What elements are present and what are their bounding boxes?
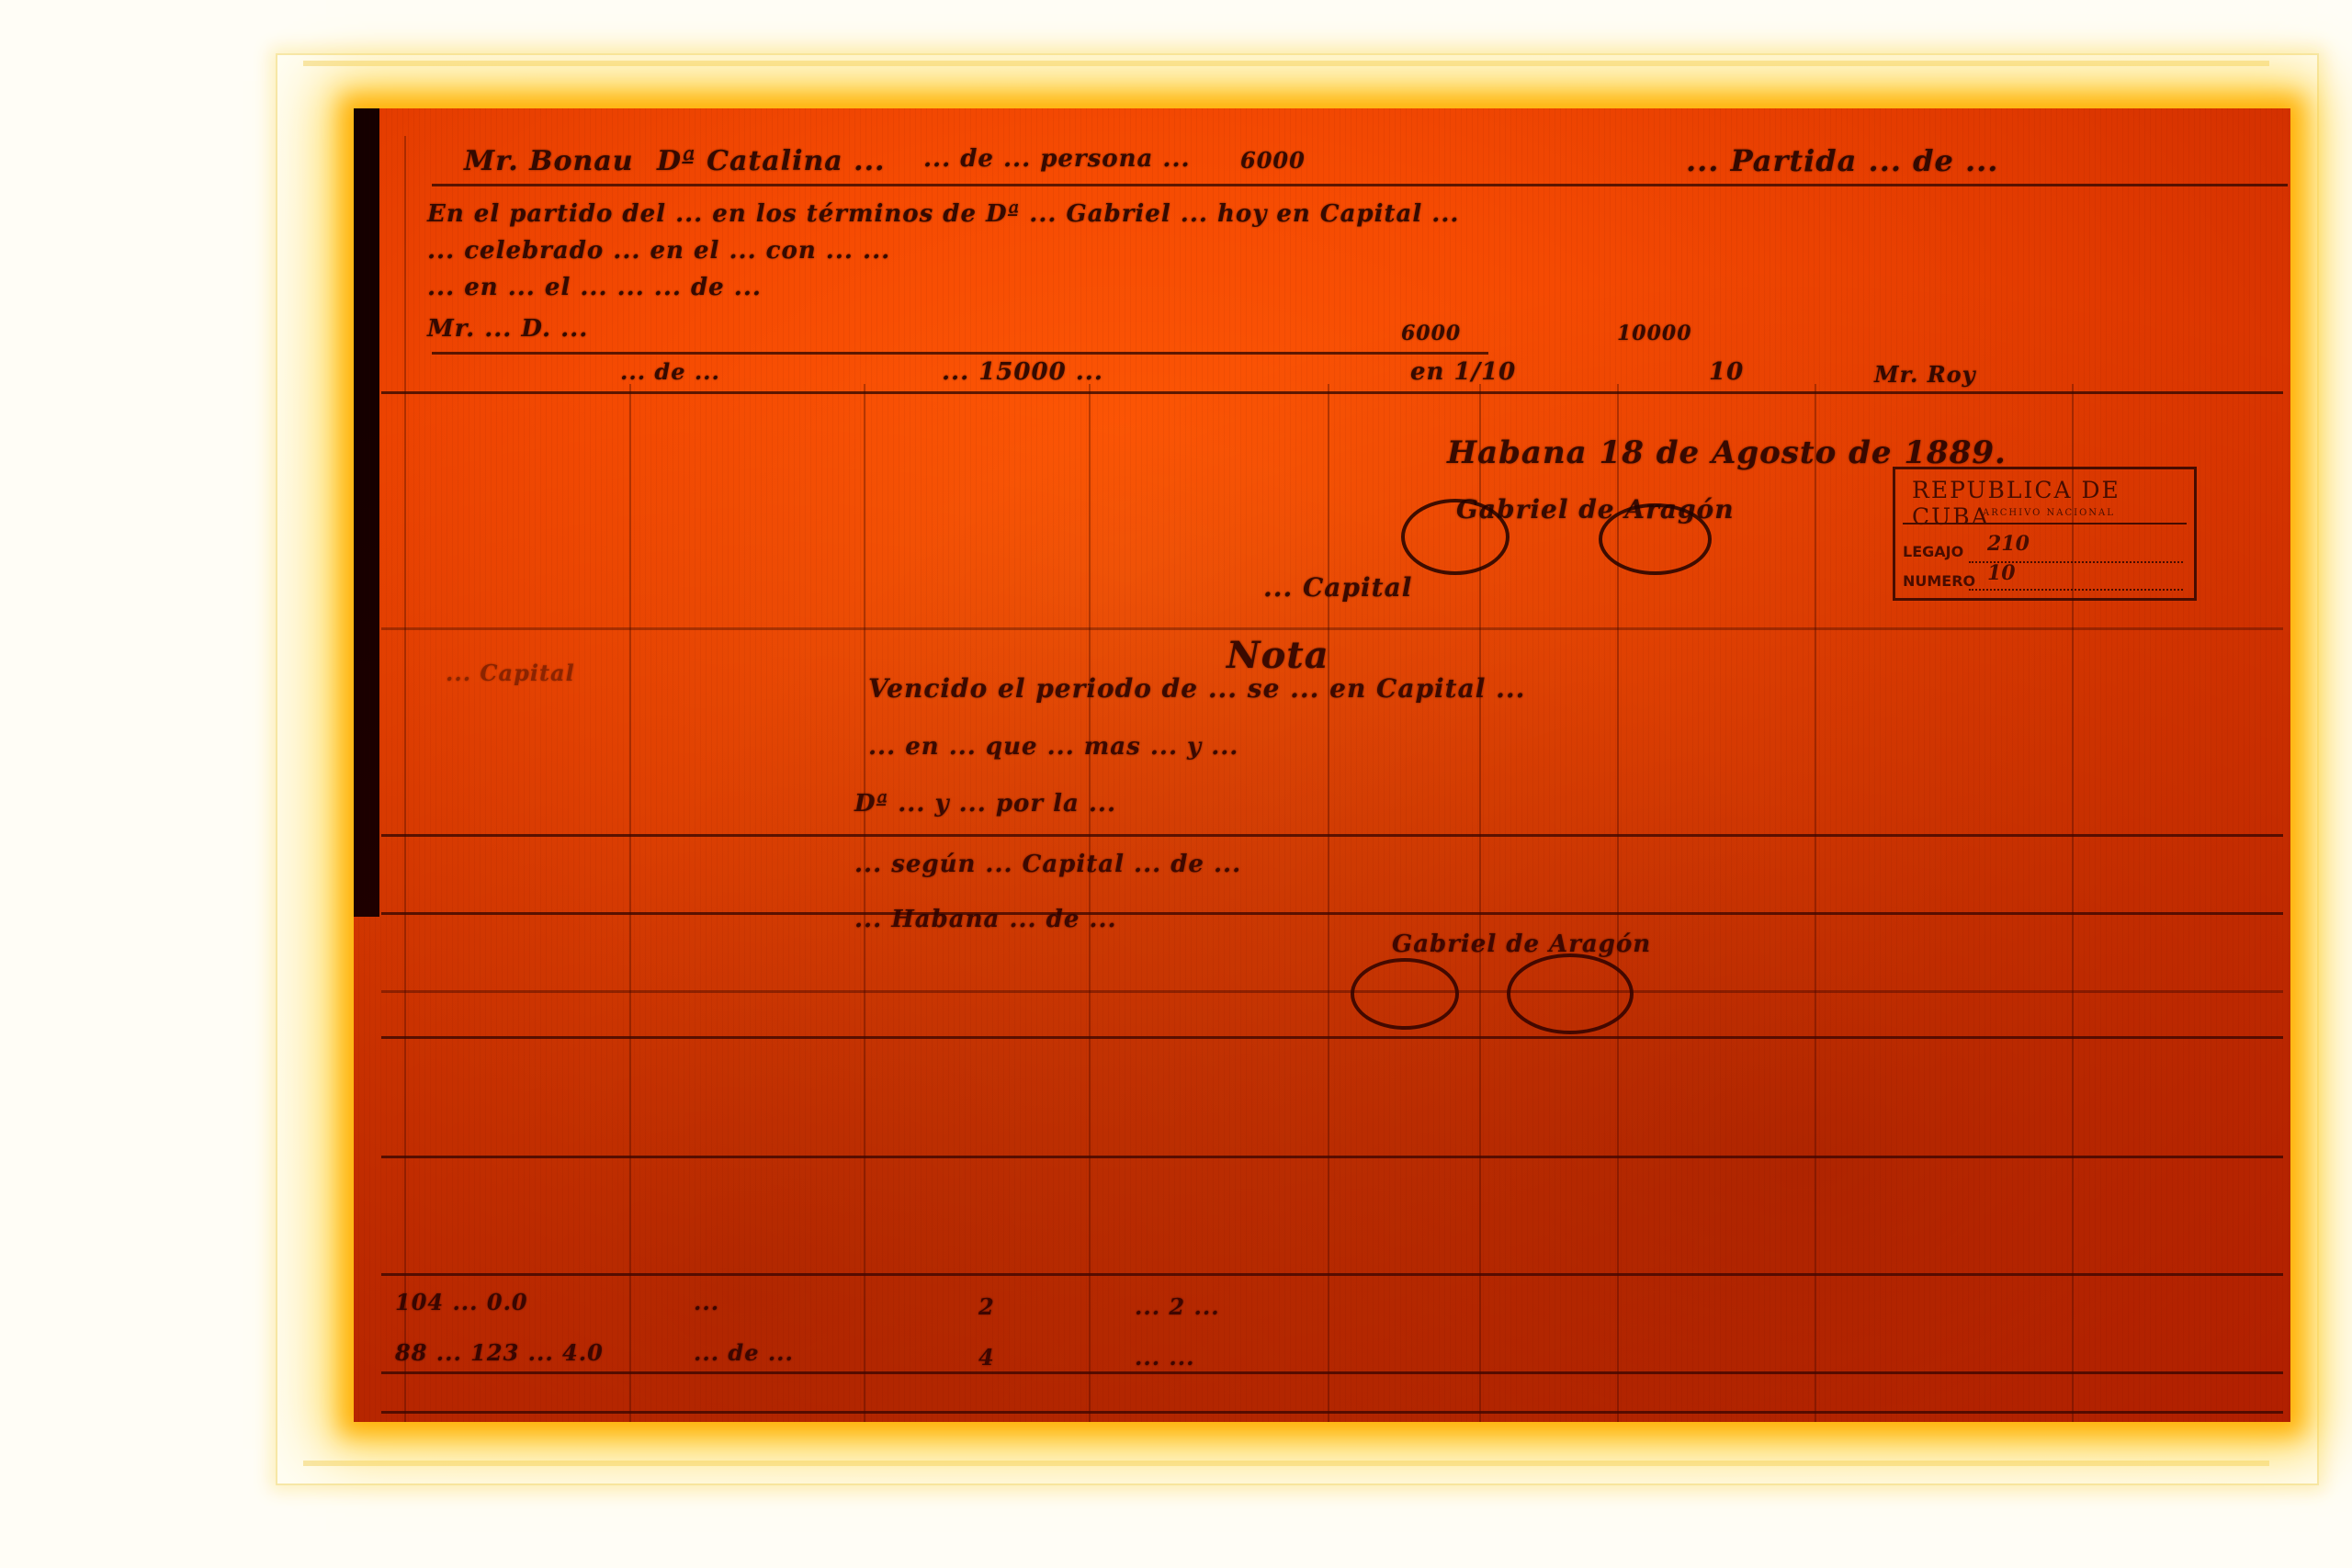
row2-number-1: 6000 — [1401, 321, 1461, 345]
bottom-row-2-num: 4 — [978, 1344, 995, 1371]
rule-line — [381, 627, 2283, 630]
column-line — [1328, 384, 1329, 1422]
header-name-2: Dª Catalina ... — [657, 145, 886, 177]
rule-line — [381, 1036, 2283, 1039]
header-detail: ... de ... persona ... — [923, 145, 1191, 173]
left-label: ... Capital — [446, 660, 575, 686]
row2-names: Mr. ... D. ... — [427, 315, 588, 343]
rule-line — [381, 1273, 2283, 1276]
nota-signature-flourish — [1351, 958, 1459, 1030]
rule-line — [432, 184, 2288, 186]
nota-line-3: Dª ... y ... por la ... — [854, 790, 1116, 818]
archive-stamp: REPUBLICA DE CUBA ARCHIVO NACIONAL LEGAJ… — [1893, 467, 2197, 601]
intro-line-2: ... celebrado ... en el ... con ... ... — [427, 237, 890, 265]
column-line — [629, 384, 631, 1422]
stamp-numero-line — [1969, 589, 2183, 591]
row2-value-1: ... de ... — [620, 358, 720, 385]
bottom-row-1-num: 2 — [978, 1293, 995, 1320]
bottom-row-1-right: ... 2 ... — [1135, 1293, 1220, 1320]
stamp-legajo-label: LEGAJO — [1903, 543, 1963, 560]
stamp-numero-value: 10 — [1987, 561, 2016, 585]
rule-line — [381, 391, 2283, 394]
intro-line-3: ... en ... el ... ... ... de ... — [427, 274, 762, 301]
signature-flourish — [1401, 499, 1510, 575]
column-line — [1815, 384, 1816, 1422]
bottom-row-2-left: 88 ... 123 ... 4.0 — [395, 1339, 604, 1366]
stamp-legajo-value: 210 — [1987, 532, 2030, 556]
nota-line-2: ... en ... que ... mas ... y ... — [868, 733, 1238, 761]
stamp-subtitle: ARCHIVO NACIONAL — [1983, 508, 2115, 518]
nota-line-4: ... según ... Capital ... de ... — [854, 851, 1241, 878]
column-line — [404, 136, 406, 1422]
header-name-1: Mr. Bonau — [464, 145, 634, 177]
date-line: Habana 18 de Agosto de 1889. — [1447, 434, 2007, 471]
mount-edge-bottom — [303, 1461, 2269, 1466]
bottom-row-1-mid: ... — [694, 1289, 719, 1315]
rule-line — [381, 912, 2283, 915]
nota-line-5: ... Habana ... de ... — [854, 906, 1117, 933]
rule-line — [381, 1411, 2283, 1414]
nota-signature-flourish — [1507, 953, 1634, 1034]
header-partida: ... Partida ... de ... — [1686, 143, 1998, 178]
header-amount: 6000 — [1240, 147, 1306, 174]
bottom-row-1-left: 104 ... 0.0 — [395, 1289, 528, 1315]
signature-flourish — [1599, 503, 1712, 575]
row2-value-4: 10 — [1709, 358, 1744, 386]
rule-line — [381, 834, 2283, 837]
rule-line — [432, 352, 1488, 355]
rule-line — [381, 1371, 2283, 1374]
bottom-row-2-right: ... ... — [1135, 1344, 1195, 1371]
nota-signature: Gabriel de Aragón — [1392, 931, 1651, 958]
bottom-row-2-mid: ... de ... — [694, 1339, 794, 1366]
stamp-divider — [1903, 523, 2187, 525]
rule-line — [381, 1156, 2283, 1158]
row2-value-2: ... 15000 ... — [942, 358, 1103, 386]
nota-line-1: Vencido el periodo de ... se ... en Capi… — [868, 673, 1525, 704]
row2-value-3: en 1/10 — [1410, 358, 1516, 386]
intro-line-1: En el partido del ... en los términos de… — [427, 200, 1459, 228]
rule-line — [381, 990, 2283, 993]
row2-right: Mr. Roy — [1874, 361, 1976, 388]
mount-edge-top — [303, 61, 2269, 66]
stamp-numero-label: NUMERO — [1903, 572, 1975, 590]
binding-edge — [354, 108, 379, 917]
column-line — [864, 384, 865, 1422]
signature-label: ... Capital — [1263, 572, 1412, 603]
column-line — [1089, 384, 1091, 1422]
nota-heading: Nota — [1227, 634, 1329, 677]
row2-number-2: 10000 — [1617, 321, 1692, 345]
document-page: Mr. Bonau Dª Catalina ... ... de ... per… — [354, 108, 2290, 1422]
